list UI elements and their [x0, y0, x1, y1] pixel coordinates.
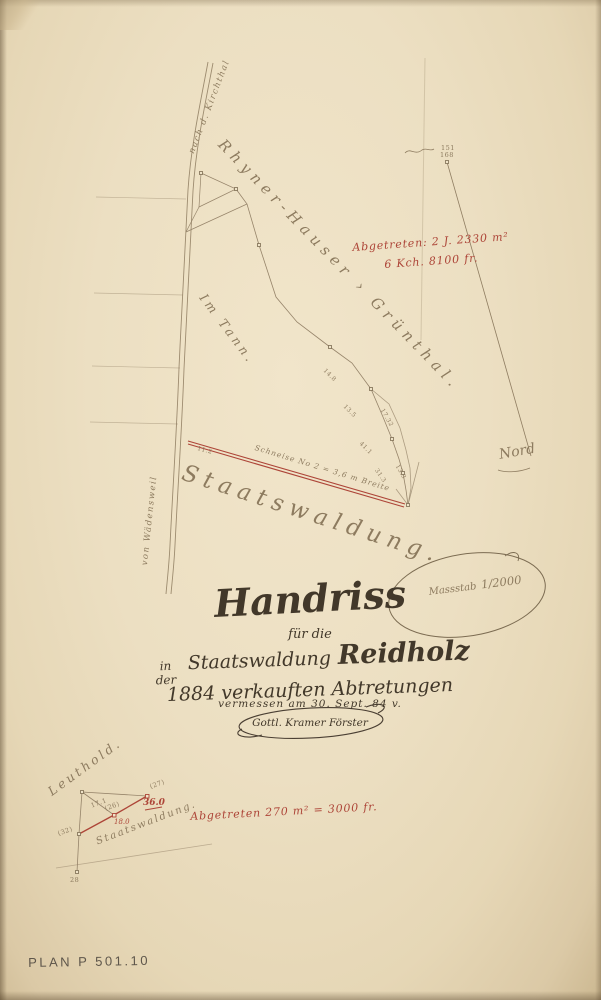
surveyor-signature: Gottl. Kramer Förster [150, 717, 470, 729]
scanned-survey-sheet: nach d. Kirchthal von Wädensweil Rhyner-… [0, 0, 601, 1000]
faint-field-lines [90, 197, 186, 424]
fold-crease [421, 58, 425, 340]
archive-number: PLAN P 501.10 [28, 954, 150, 969]
inset-point-28: 28 [70, 877, 79, 884]
title-line3-reidholz: Reidholz [337, 635, 470, 671]
inset-measure-36: 36.0 [143, 799, 165, 808]
corner-point-lower: 168 [440, 152, 454, 159]
parcel-triangle [186, 173, 247, 232]
inset-measure-18: 18.0 [114, 819, 130, 826]
title-line3-staatswaldung: Staatswaldung [187, 647, 331, 674]
north-line [405, 149, 531, 472]
boundary-chain [236, 189, 419, 505]
title-line5: vermessen am 30. Sept. 84 v. [150, 698, 470, 710]
